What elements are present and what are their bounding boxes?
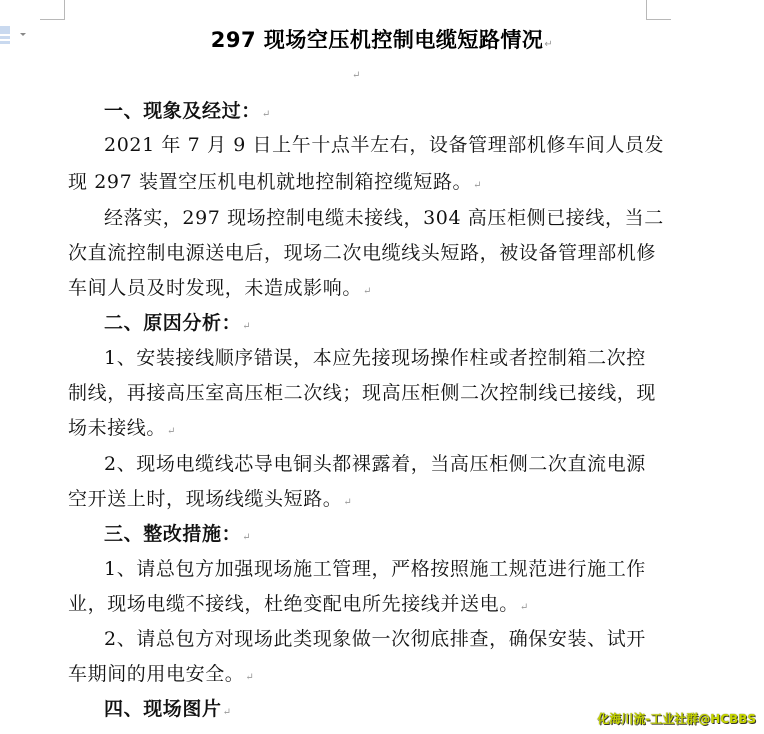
line-text: 经落实，297 现场控制电缆未接线，304 高压柜侧已接线，当二	[104, 207, 664, 229]
line-text: 三、整改措施：	[104, 523, 241, 545]
page-corner-mark-top-right	[646, 0, 671, 20]
line-text: 场未接线。	[68, 417, 166, 439]
line-text: 四、现场图片	[104, 698, 222, 720]
line-text: 1、安装接线顺序错误，本应先接现场操作柱或者控制箱二次控	[104, 347, 646, 369]
document-title-text: 297 现场空压机控制电缆短路情况	[211, 28, 544, 52]
paragraph-mark-icon: ↵	[167, 426, 176, 437]
section-heading: 三、整改措施：↵	[104, 522, 684, 550]
paragraph-mark-icon: ↵	[520, 602, 529, 613]
paragraph-line: 经落实，297 现场控制电缆未接线，304 高压柜侧已接线，当二	[104, 206, 684, 230]
paragraph-mark-icon: ↵	[262, 109, 271, 120]
line-text: 2、请总包方对现场此类现象做一次彻底排查，确保安装、试开	[104, 628, 646, 650]
line-text: 空开送上时，现场线缆头短路。	[68, 488, 342, 510]
paragraph-line: 2021 年 7 月 9 日上午十点半左右，设备管理部机修车间人员发	[104, 133, 684, 157]
section-heading: 二、原因分析：↵	[104, 311, 684, 339]
section-heading: 一、现象及经过：↵	[104, 99, 684, 127]
document-title: 297 现场空压机控制电缆短路情况↵	[0, 24, 764, 54]
paragraph-line: 车间人员及时发现，未造成影响。↵	[68, 276, 648, 304]
paragraph-mark-icon: ↵	[242, 532, 251, 543]
line-text: 二、原因分析：	[104, 312, 241, 334]
paragraph-mark-icon: ↵	[223, 707, 232, 718]
paragraph-line: 1、安装接线顺序错误，本应先接现场操作柱或者控制箱二次控	[104, 346, 684, 370]
paragraph-line: 制线，再接高压室高压柜二次线；现高压柜侧二次控制线已接线，现	[68, 381, 648, 405]
paragraph-line: 空开送上时，现场线缆头短路。↵	[68, 487, 648, 515]
line-text: 一、现象及经过：	[104, 100, 261, 122]
paragraph-mark-icon: ↵	[245, 672, 254, 683]
paragraph-line: 业，现场电缆不接线，杜绝变配电所先接线并送电。↵	[68, 592, 648, 620]
paragraph-mark-icon: ↵	[363, 286, 372, 297]
paragraph-line: 2、请总包方对现场此类现象做一次彻底排查，确保安装、试开	[104, 627, 684, 651]
paragraph-mark-icon: ↵	[544, 39, 553, 50]
line-text: 车期间的用电安全。	[68, 663, 244, 685]
paragraph-line: 1、请总包方加强现场施工管理，严格按照施工规范进行施工作	[104, 557, 684, 581]
paragraph-line: 2、现场电缆线芯导电铜头都裸露着，当高压柜侧二次直流电源	[104, 452, 684, 476]
line-text: 1、请总包方加强现场施工管理，严格按照施工规范进行施工作	[104, 558, 646, 580]
paragraph-line: 场未接线。↵	[68, 416, 648, 444]
line-text: 次直流控制电源送电后，现场二次电缆线头短路，被设备管理部机修	[68, 242, 656, 264]
empty-paragraph-mark-icon: ↵	[352, 70, 360, 81]
line-text: 制线，再接高压室高压柜二次线；现高压柜侧二次控制线已接线，现	[68, 382, 656, 404]
paragraph-line: 次直流控制电源送电后，现场二次电缆线头短路，被设备管理部机修	[68, 241, 648, 265]
paragraph-line: 现 297 装置空压机电机就地控制箱控缆短路。↵	[68, 170, 648, 198]
paragraph-line: 车期间的用电安全。↵	[68, 662, 648, 690]
paragraph-mark-icon: ↵	[473, 180, 482, 191]
watermark: 化海川流-工业社群@HCBBS	[597, 710, 756, 727]
paragraph-mark-icon: ↵	[242, 321, 251, 332]
line-text: 2、现场电缆线芯导电铜头都裸露着，当高压柜侧二次直流电源	[104, 453, 646, 475]
line-text: 车间人员及时发现，未造成影响。	[68, 277, 362, 299]
paragraph-mark-icon: ↵	[343, 497, 352, 508]
line-text: 2021 年 7 月 9 日上午十点半左右，设备管理部机修车间人员发	[104, 134, 664, 156]
line-text: 业，现场电缆不接线，杜绝变配电所先接线并送电。	[68, 593, 519, 615]
page-corner-mark-top-left	[40, 0, 65, 20]
line-text: 现 297 装置空压机电机就地控制箱控缆短路。	[68, 171, 472, 193]
